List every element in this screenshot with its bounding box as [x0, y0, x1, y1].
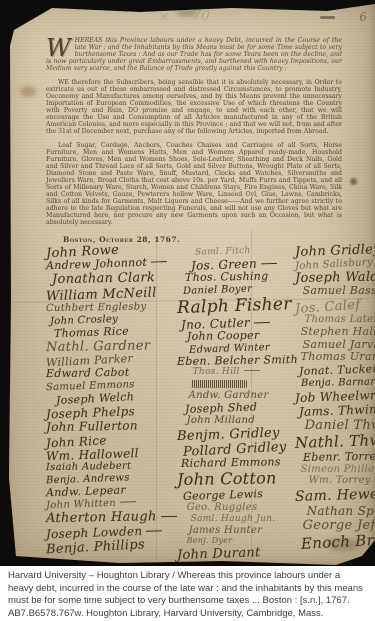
pencil-mark-number: 6 — [359, 10, 367, 24]
screenshot-root: 6 70 ✕ WHEREAS this Province labours und… — [0, 0, 375, 621]
signature-geo-ruggles: Geo. Ruggles — [187, 502, 295, 514]
pencil-dash-mark — [320, 16, 335, 19]
broadside-paper: 6 70 ✕ WHEREAS this Province labours und… — [0, 0, 375, 566]
pencil-scribble-number: 70 — [191, 7, 210, 24]
paper-stain — [350, 178, 357, 185]
pencil-x-mark: ✕ — [158, 10, 168, 24]
signature-james-hunter: James Hunter — [189, 525, 295, 537]
signature-column-3: John GridleyJohn SalisburyJoseph WaldoSa… — [295, 243, 375, 564]
document-photo: 6 70 ✕ WHEREAS this Province labours und… — [0, 0, 375, 566]
paper-stain — [20, 86, 36, 97]
signature-column-1: John RoweAndrew JohonnotJonathan ClarkWi… — [46, 243, 177, 564]
signature-sam-hewes: Sam. Hewes — [294, 485, 375, 506]
signature-thomas-later: Thomas Later — [305, 314, 375, 326]
dropcap-w: W — [46, 38, 71, 58]
signature-nathan-spear: Nathan Spear — [307, 504, 375, 518]
agreement-paragraph: WE therefore the Subscribers, being sens… — [46, 79, 342, 135]
signature-ebenr-torrey: Ebenr. Torrey — [302, 450, 375, 465]
crossed-out-signature — [191, 380, 247, 388]
articles-list-paragraph: Loaf Sugar, Cordage, Anchors, Coaches Ch… — [46, 142, 342, 226]
signature-wm-torrey: Wm. Torrey — [309, 475, 375, 487]
signature-column-2: Saml. FitchJos. GreenThos. CushingDaniel… — [177, 243, 295, 564]
signature-john-durant: John Durant — [176, 544, 294, 563]
signature-enoch-brown: Enoch Brown — [300, 530, 375, 553]
opening-paragraph: WHEREAS this Province labours under a he… — [46, 37, 342, 72]
opening-paragraph-text: HEREAS this Province labours under a hea… — [46, 37, 342, 72]
signatures-section: John RoweAndrew JohonnotJonathan ClarkWi… — [46, 243, 371, 564]
signature-saml-haugh-jun: Saml. Haugh Jun. — [191, 514, 295, 525]
signature-simeon-philley: Simeon Philley — [301, 464, 375, 476]
signature-stephen-hall: Stephen Hall — [301, 326, 375, 339]
printed-text-block: WHEREAS this Province labours under a he… — [46, 37, 342, 244]
signature-daniel-thwing: Daniel Thwing — [305, 418, 375, 433]
catalog-caption: Harvard University – Houghton Library / … — [0, 566, 375, 621]
signature-thos-hill: Thos. Hill — [193, 367, 295, 378]
